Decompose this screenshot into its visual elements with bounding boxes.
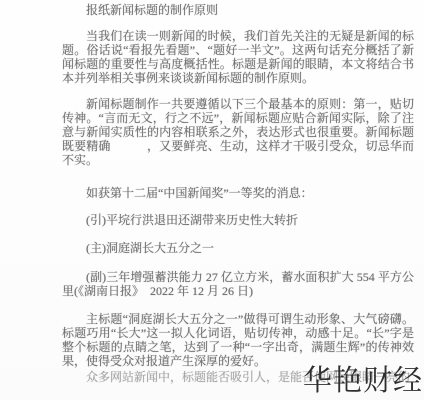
paragraph-award-intro: 如获第十二届“中国新闻奖”一等奖的消息：: [62, 186, 414, 200]
scanned-document-page: 报纸新闻标题的制作原则 当我们在读一则新闻的时候，我们首先关注的无疑是新闻的标题…: [0, 0, 424, 400]
headline-lead-line: (引)平垸行洪退田还湖带来历史性大转折: [62, 213, 414, 227]
document-body: 报纸新闻标题的制作原则 当我们在读一则新闻的时候，我们首先关注的无疑是新闻的标题…: [62, 3, 414, 384]
document-title: 报纸新闻标题的制作原则: [62, 3, 414, 17]
watermark: 华艳财经: [303, 366, 423, 396]
headline-sub-line: (副)三年增强蓄洪能力 27 亿立方米，蓄水面积扩大 554 平方公里(《湖南日…: [62, 270, 414, 298]
paragraph-intro: 当我们在读一则新闻的时候，我们首先关注的无疑是新闻的标题。俗话说“看报先看题”、…: [62, 29, 414, 85]
paragraph-principle: 新闻标题制作一共要遵循以下三个最基本的原则：第一，贴切传神。“言而无文，行之不远…: [62, 97, 414, 167]
headline-main-line: (主)洞庭湖长大五分之一: [62, 241, 414, 255]
paragraph-analysis: 主标题“洞庭湖长大五分之一”做得可谓生动形象、大气磅礴。标题巧用“长大”这一拟人…: [62, 312, 414, 368]
